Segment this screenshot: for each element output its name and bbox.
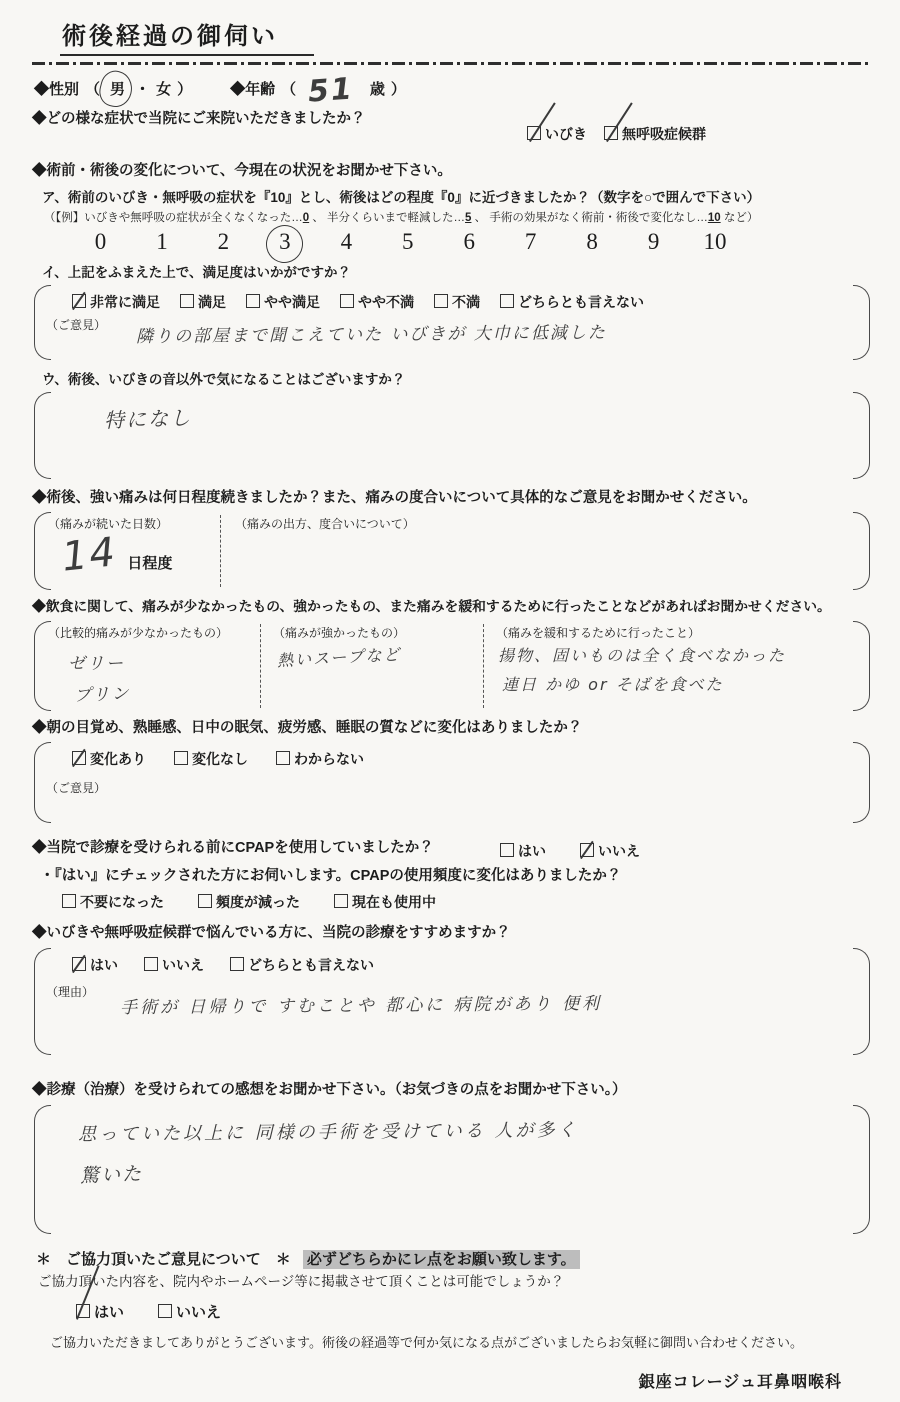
checkbox-frequency-reduced[interactable]	[198, 894, 212, 908]
scale-number-8[interactable]: 8	[564, 229, 621, 255]
pain-question: ◆術後、強い痛みは何日程度続きましたか？また、痛みの度合いについて具体的なご意見…	[32, 489, 872, 509]
consent-option-yes[interactable]: はい	[76, 1301, 124, 1322]
eating-col-label: （比較的痛みが少なかったもの）	[48, 624, 260, 641]
impressions-question: ◆診療（治療）を受けられての感想をお聞かせ下さい。（お気づきの点をお聞かせ下さい…	[32, 1081, 872, 1101]
option-label: どちらとも言えない	[248, 957, 374, 973]
pain-days-unit: 日程度	[127, 555, 172, 572]
scale-number-7[interactable]: 7	[502, 229, 559, 255]
checkbox-consent-no[interactable]	[158, 1304, 172, 1318]
option-label: 頻度が減った	[216, 894, 300, 910]
checkbox-change-no[interactable]	[174, 751, 188, 765]
checkbox-ibiki[interactable]	[527, 126, 541, 140]
eating-handwriting: 揚物、固いものは全く食べなかった	[498, 643, 786, 666]
age-unit: 歳	[370, 78, 385, 99]
pain-days-column: （痛みが続いた日数） 14 日程度	[60, 515, 220, 587]
cpap-row: ◆当院で診療を受けられる前にCPAPを使用していましたか？ はい いいえ	[32, 829, 872, 861]
change-heading: ◆術前・術後の変化について、今現在の状況をお聞かせ下さい。	[32, 162, 872, 182]
option-label: はい	[90, 957, 118, 973]
gender-paren-open: （	[85, 78, 100, 99]
consent-note-prefix: ＊ ご協力頂いたご意見について ＊	[36, 1251, 291, 1268]
scanned-questionnaire: 術後経過の御伺い ◆性別 （ 男 ・ 女 ） ◆年齢 （ 51 歳 ） ◆どの様…	[0, 0, 900, 1402]
recommend-option[interactable]: どちらとも言えない	[230, 955, 374, 975]
sleep-option[interactable]: わからない	[276, 749, 364, 769]
change-example: （【例】いびきや無呼吸の症状が全くなくなった…0 、 半分くらいまで軽減した…5…	[44, 209, 872, 225]
eating-col-relief: （痛みを緩和するために行ったこと） 揚物、固いものは全く食べなかった 連日 かゆ…	[484, 624, 840, 708]
impressions-handwriting-line2: 驚いた	[80, 1158, 144, 1187]
symptom-option-ibiki[interactable]: いびき	[527, 124, 587, 144]
satisfaction-options: 非常に満足 満足 やや満足 やや不満 不満 どちらとも言えない	[72, 292, 840, 312]
cpap-question: ◆当院で診療を受けられる前にCPAPを使用していましたか？	[32, 839, 434, 859]
checkbox-still-using[interactable]	[334, 894, 348, 908]
recommend-box: はい いいえ どちらとも言えない （理由） 手術が 日帰りで すむことや 都心に…	[34, 948, 870, 1055]
eating-col-label: （痛みを緩和するために行ったこと）	[496, 624, 840, 641]
cpap-followup-options: 不要になった 頻度が減った 現在も使用中	[62, 892, 872, 912]
eating-box: （比較的痛みが少なかったもの） ゼリー プリン （痛みが強かったもの） 熱いスー…	[34, 621, 870, 711]
option-label: 変化なし	[192, 751, 248, 767]
reason-label: （理由）	[46, 983, 94, 1000]
option-label: 非常に満足	[90, 294, 160, 310]
eating-handwriting: 連日 かゆ or そばを食べた	[502, 672, 724, 695]
age-value[interactable]: 51	[307, 71, 355, 109]
eating-col-more-pain: （痛みが強かったもの） 熱いスープなど	[261, 624, 483, 708]
option-label: わからない	[294, 751, 364, 767]
scale-number-0[interactable]: 0	[72, 229, 129, 255]
option-label: やや不満	[358, 294, 414, 310]
option-label: いいえ	[162, 957, 204, 973]
consent-question: ご協力頂いた内容を、院内やホームページ等に掲載させて頂くことは可能でしょうか？	[38, 1273, 872, 1291]
satisfaction-option[interactable]: やや満足	[246, 292, 320, 312]
recommend-option[interactable]: はい	[72, 955, 118, 975]
gender-option-female[interactable]: 女	[156, 78, 171, 99]
age-paren-close: ）	[391, 78, 406, 99]
gender-option-male[interactable]: 男	[106, 78, 129, 99]
checkbox-cpap-no[interactable]	[580, 843, 594, 857]
satisfaction-question: イ、上記をふまえた上で、満足度はいかがですか？	[42, 261, 872, 281]
pain-days-label: （痛みが続いた日数）	[48, 515, 220, 532]
consent-note: ＊ ご協力頂いたご意見について ＊ 必ずどちらかにレ点をお願い致します。	[36, 1248, 872, 1269]
satisfaction-comment-handwriting: 隣りの部屋まで聞こえていた いびきが 大巾に低減した	[136, 318, 607, 347]
dash-dot-divider	[32, 62, 872, 65]
option-label: 現在も使用中	[352, 894, 436, 910]
impressions-handwriting-line1: 思っていた以上に 同様の手術を受けている 人が多く	[78, 1115, 579, 1145]
recommend-reason-handwriting: 手術が 日帰りで すむことや 都心に 病院があり 便利	[120, 989, 602, 1018]
scale-number-6[interactable]: 6	[441, 229, 498, 255]
sleep-question: ◆朝の目覚め、熟睡感、日中の眠気、疲労感、睡眠の質などに変化はありましたか？	[32, 719, 872, 739]
option-label: 満足	[198, 294, 226, 310]
gender-label: ◆性別	[34, 78, 79, 99]
checkbox-mukokyu[interactable]	[604, 126, 618, 140]
pain-detail-column: （痛みの出方、度合いについて）	[221, 515, 840, 587]
symptom-question: ◆どの様な症状で当院にご来院いただきましたか？	[32, 110, 872, 130]
option-label: 不満	[452, 294, 480, 310]
checkbox-somewhat-satisfied[interactable]	[246, 294, 260, 308]
recommend-option[interactable]: いいえ	[144, 955, 204, 975]
example-v10: 10	[708, 212, 721, 224]
checkbox-change-yes[interactable]	[72, 751, 86, 765]
checkbox-cpap-yes[interactable]	[500, 843, 514, 857]
satisfaction-box: 非常に満足 満足 やや満足 やや不満 不満 どちらとも言えない （ご意見） 隣り…	[34, 285, 870, 360]
rating-scale: 0 1 2 3 4 5 6 7 8 9 10	[72, 229, 872, 255]
scale-number-1[interactable]: 1	[133, 229, 190, 255]
example-seg3: 、 手術の効果がなく術前・術後で変化なし…	[471, 212, 707, 224]
option-label: いいえ	[598, 843, 640, 859]
change-sub-a: ア、術前のいびき・無呼吸の症状を『10』とし、術後はどの程度『0』に近づきました…	[42, 186, 872, 206]
scale-number-4[interactable]: 4	[318, 229, 375, 255]
option-label: やや満足	[264, 294, 320, 310]
checkbox-no-longer-needed[interactable]	[62, 894, 76, 908]
eating-col-less-pain: （比較的痛みが少なかったもの） ゼリー プリン	[60, 624, 260, 708]
scale-number-2[interactable]: 2	[195, 229, 252, 255]
checkbox-somewhat-dissatisfied[interactable]	[340, 294, 354, 308]
gender-separator: ・	[135, 78, 150, 99]
satisfaction-option[interactable]: どちらとも言えない	[500, 292, 644, 312]
eating-handwriting: プリン	[74, 679, 131, 706]
checkbox-very-satisfied[interactable]	[72, 294, 86, 308]
checkbox-recommend-neither[interactable]	[230, 957, 244, 971]
satisfaction-option[interactable]: 不満	[434, 292, 480, 312]
pain-detail-label: （痛みの出方、度合いについて）	[235, 515, 840, 532]
cpap-option-no[interactable]: いいえ	[580, 841, 640, 861]
clinic-name: 銀座コレージュ耳鼻咽喉科	[32, 1369, 842, 1392]
symptom-row: ◆どの様な症状で当院にご来院いただきましたか？ いびき 無呼吸症候群	[32, 110, 872, 150]
option-label: いいえ	[176, 1304, 221, 1321]
checkbox-neither[interactable]	[500, 294, 514, 308]
satisfaction-option[interactable]: 満足	[180, 292, 226, 312]
scale-number-5[interactable]: 5	[379, 229, 436, 255]
checkbox-dissatisfied[interactable]	[434, 294, 448, 308]
thanks-message: ご協力いただきましてありがとうございます。術後の経過等で何か気になる点がございま…	[50, 1332, 872, 1351]
option-label: はい	[518, 843, 546, 859]
page-title: 術後経過の御伺い	[60, 16, 314, 56]
checkbox-consent-yes[interactable]	[76, 1304, 90, 1318]
eating-col-label: （痛みが強かったもの）	[273, 624, 483, 641]
checkbox-satisfied[interactable]	[180, 294, 194, 308]
pain-box: （痛みが続いた日数） 14 日程度 （痛みの出方、度合いについて）	[34, 512, 870, 590]
checkbox-recommend-no[interactable]	[144, 957, 158, 971]
cpap-followup: ・『はい』にチェックされた方にお伺いします。CPAPの使用頻度に変化はありました…	[40, 867, 872, 887]
recommend-question: ◆いびきや無呼吸症候群で悩んでいる方に、当院の診療をすすめますか？	[32, 924, 872, 944]
checkbox-recommend-yes[interactable]	[72, 957, 86, 971]
sleep-option[interactable]: 変化なし	[174, 749, 248, 769]
other-concerns-handwriting: 特になし	[104, 401, 193, 433]
age-label: ◆年齢	[230, 78, 275, 99]
sleep-box: 変化あり 変化なし わからない （ご意見）	[34, 742, 870, 823]
cpap-followup-option[interactable]: 現在も使用中	[334, 892, 436, 912]
example-seg4: など）	[721, 212, 759, 224]
scale-number-10[interactable]: 10	[687, 229, 744, 255]
age-paren-open: （	[281, 78, 296, 99]
impressions-box: 思っていた以上に 同様の手術を受けている 人が多く 驚いた	[34, 1105, 870, 1234]
consent-options: はい いいえ	[76, 1301, 872, 1322]
other-concerns-box: 特になし	[34, 392, 870, 479]
cpap-option-yes[interactable]: はい	[500, 841, 546, 861]
cpap-followup-option[interactable]: 不要になった	[62, 892, 164, 912]
comment-label: （ご意見）	[46, 779, 840, 796]
symptom-option-label: いびき	[545, 126, 587, 142]
consent-note-highlight: 必ずどちらかにレ点をお願い致します。	[303, 1250, 580, 1269]
eating-question: ◆飲食に関して、痛みが少なかったもの、強かったもの、また痛みを緩和するために行っ…	[32, 598, 872, 617]
option-label: はい	[94, 1304, 124, 1321]
pain-days-value[interactable]: 14	[60, 529, 119, 580]
example-seg1: （【例】いびきや無呼吸の症状が全くなくなった…	[44, 212, 303, 224]
satisfaction-option[interactable]: やや不満	[340, 292, 414, 312]
satisfaction-option[interactable]: 非常に満足	[72, 292, 160, 312]
symptom-option-label: 無呼吸症候群	[622, 126, 706, 142]
other-concerns-question: ウ、術後、いびきの音以外で気になることはございますか？	[42, 368, 872, 388]
scale-number-3[interactable]: 3	[256, 229, 313, 255]
sleep-option[interactable]: 変化あり	[72, 749, 146, 769]
option-label: 変化あり	[90, 751, 146, 767]
eating-handwriting: 熱いスープなど	[276, 642, 401, 671]
option-label: どちらとも言えない	[518, 294, 644, 310]
gender-paren-close: ）	[177, 78, 192, 99]
example-seg2: 、 半分くらいまで軽減した…	[309, 212, 465, 224]
eating-handwriting: ゼリー	[68, 649, 125, 674]
comment-label: （ご意見）	[46, 316, 106, 333]
option-label: 不要になった	[80, 894, 164, 910]
profile-row: ◆性別 （ 男 ・ 女 ） ◆年齢 （ 51 歳 ）	[34, 73, 872, 104]
scale-number-9[interactable]: 9	[625, 229, 682, 255]
cpap-followup-option[interactable]: 頻度が減った	[198, 892, 300, 912]
checkbox-change-unknown[interactable]	[276, 751, 290, 765]
consent-option-no[interactable]: いいえ	[158, 1301, 221, 1322]
symptom-option-mukokyu[interactable]: 無呼吸症候群	[604, 124, 706, 144]
